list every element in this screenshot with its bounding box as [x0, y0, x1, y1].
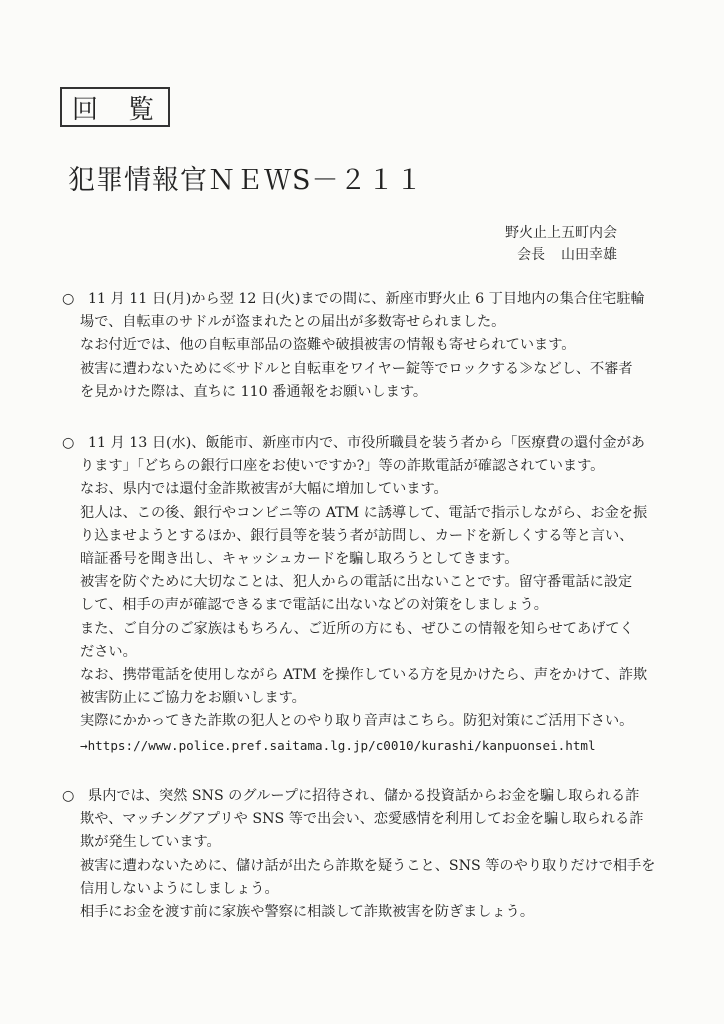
- notice-line: 欺や、マッチングアプリや SNS 等で出会い、恋愛感情を利用してお金を騙し取られ…: [62, 808, 682, 831]
- notice-line: り込ませようとするほか、銀行員等を装う者が訪問し、カードを新しくする等と言い、: [62, 525, 682, 548]
- kairan-stamp-box: 回 覧: [60, 87, 170, 127]
- notice-line: ○11 月 11 日(月)から翌 12 日(火)までの間に、新座市野火止 6 丁…: [62, 288, 682, 311]
- circle-bullet-icon: ○: [62, 288, 88, 311]
- notice-line: 被害に遭わないために、儲け話が出たら詐欺を疑うこと、SNS 等のやり取りだけで相…: [62, 855, 682, 878]
- notice-section-refund-fraud: ○11 月 13 日(水)、飯能市、新座市内で、市役所職員を装う者から「医療費の…: [62, 432, 682, 757]
- notice-section-sns-fraud: ○県内では、突然 SNS のグループに招待され、儲かる投資話からお金を騙し取られ…: [62, 785, 682, 924]
- kairan-char-2: 覧: [128, 89, 154, 126]
- notice-line: 被害防止にご協力をお願いします。: [62, 687, 682, 710]
- notice-line: ださい。: [62, 641, 682, 664]
- notice-line: して、相手の声が確認できるまで電話に出ないなどの対策をしましょう。: [62, 594, 682, 617]
- kairan-char-1: 回: [72, 89, 98, 126]
- organization-block: 野火止上五町内会 会長山田幸雄: [505, 222, 617, 266]
- notice-line: なお、携帯電話を使用しながら ATM を操作している方を見かけたら、声をかけて、…: [62, 664, 682, 687]
- notice-line: 被害に遭わないために≪サドルと自転車をワイヤー錠等でロックする≫などし、不審者: [62, 358, 682, 381]
- notice-line: ります」「どちらの銀行口座をお使いですか?」等の詐欺電話が確認されています。: [62, 455, 682, 478]
- notice-line: 実際にかかってきた詐欺の犯人とのやり取り音声はこちら。防犯対策にご活用下さい。: [62, 710, 682, 733]
- circle-bullet-icon: ○: [62, 432, 88, 455]
- notice-line: 信用しないようにしましょう。: [62, 878, 682, 901]
- chair-role: 会長: [517, 247, 545, 263]
- notice-section-bicycle-theft: ○11 月 11 日(月)から翌 12 日(火)までの間に、新座市野火止 6 丁…: [62, 288, 682, 404]
- notice-line: また、ご自分のご家族はもちろん、ご近所の方にも、ぜひこの情報を知らせてあげてく: [62, 618, 682, 641]
- notice-line: ○11 月 13 日(水)、飯能市、新座市内で、市役所職員を装う者から「医療費の…: [62, 432, 682, 455]
- notice-line: ○県内では、突然 SNS のグループに招待され、儲かる投資話からお金を騙し取られ…: [62, 785, 682, 808]
- notice-line: なお、県内では還付金詐欺被害が大幅に増加しています。: [62, 478, 682, 501]
- notice-line: 暗証番号を聞き出し、キャッシュカードを騙し取ろうとしてきます。: [62, 548, 682, 571]
- notice-line: なお付近では、他の自転車部品の盗難や破損被害の情報も寄せられています。: [62, 334, 682, 357]
- notice-line: 欺が発生しています。: [62, 831, 682, 854]
- chair-name: 山田幸雄: [561, 247, 617, 263]
- organization-name: 野火止上五町内会: [505, 222, 617, 244]
- audio-sample-link[interactable]: →https://www.police.pref.saitama.lg.jp/c…: [62, 734, 682, 757]
- notice-line: 被害を防ぐために大切なことは、犯人からの電話に出ないことです。留守番電話に設定: [62, 571, 682, 594]
- notice-line: 犯人は、この後、銀行やコンビニ等の ATM に誘導して、電話で指示しながら、お金…: [62, 502, 682, 525]
- circle-bullet-icon: ○: [62, 785, 88, 808]
- notice-line: を見かけた際は、直ちに 110 番通報をお願いします。: [62, 381, 682, 404]
- notice-line: 場で、自転車のサドルが盗まれたとの届出が多数寄せられました。: [62, 311, 682, 334]
- notice-line: 相手にお金を渡す前に家族や警察に相談して詐欺被害を防ぎましょう。: [62, 901, 682, 924]
- chairperson: 会長山田幸雄: [505, 244, 617, 266]
- page-title: 犯罪情報官ＮＥＷS－２１１: [68, 158, 424, 197]
